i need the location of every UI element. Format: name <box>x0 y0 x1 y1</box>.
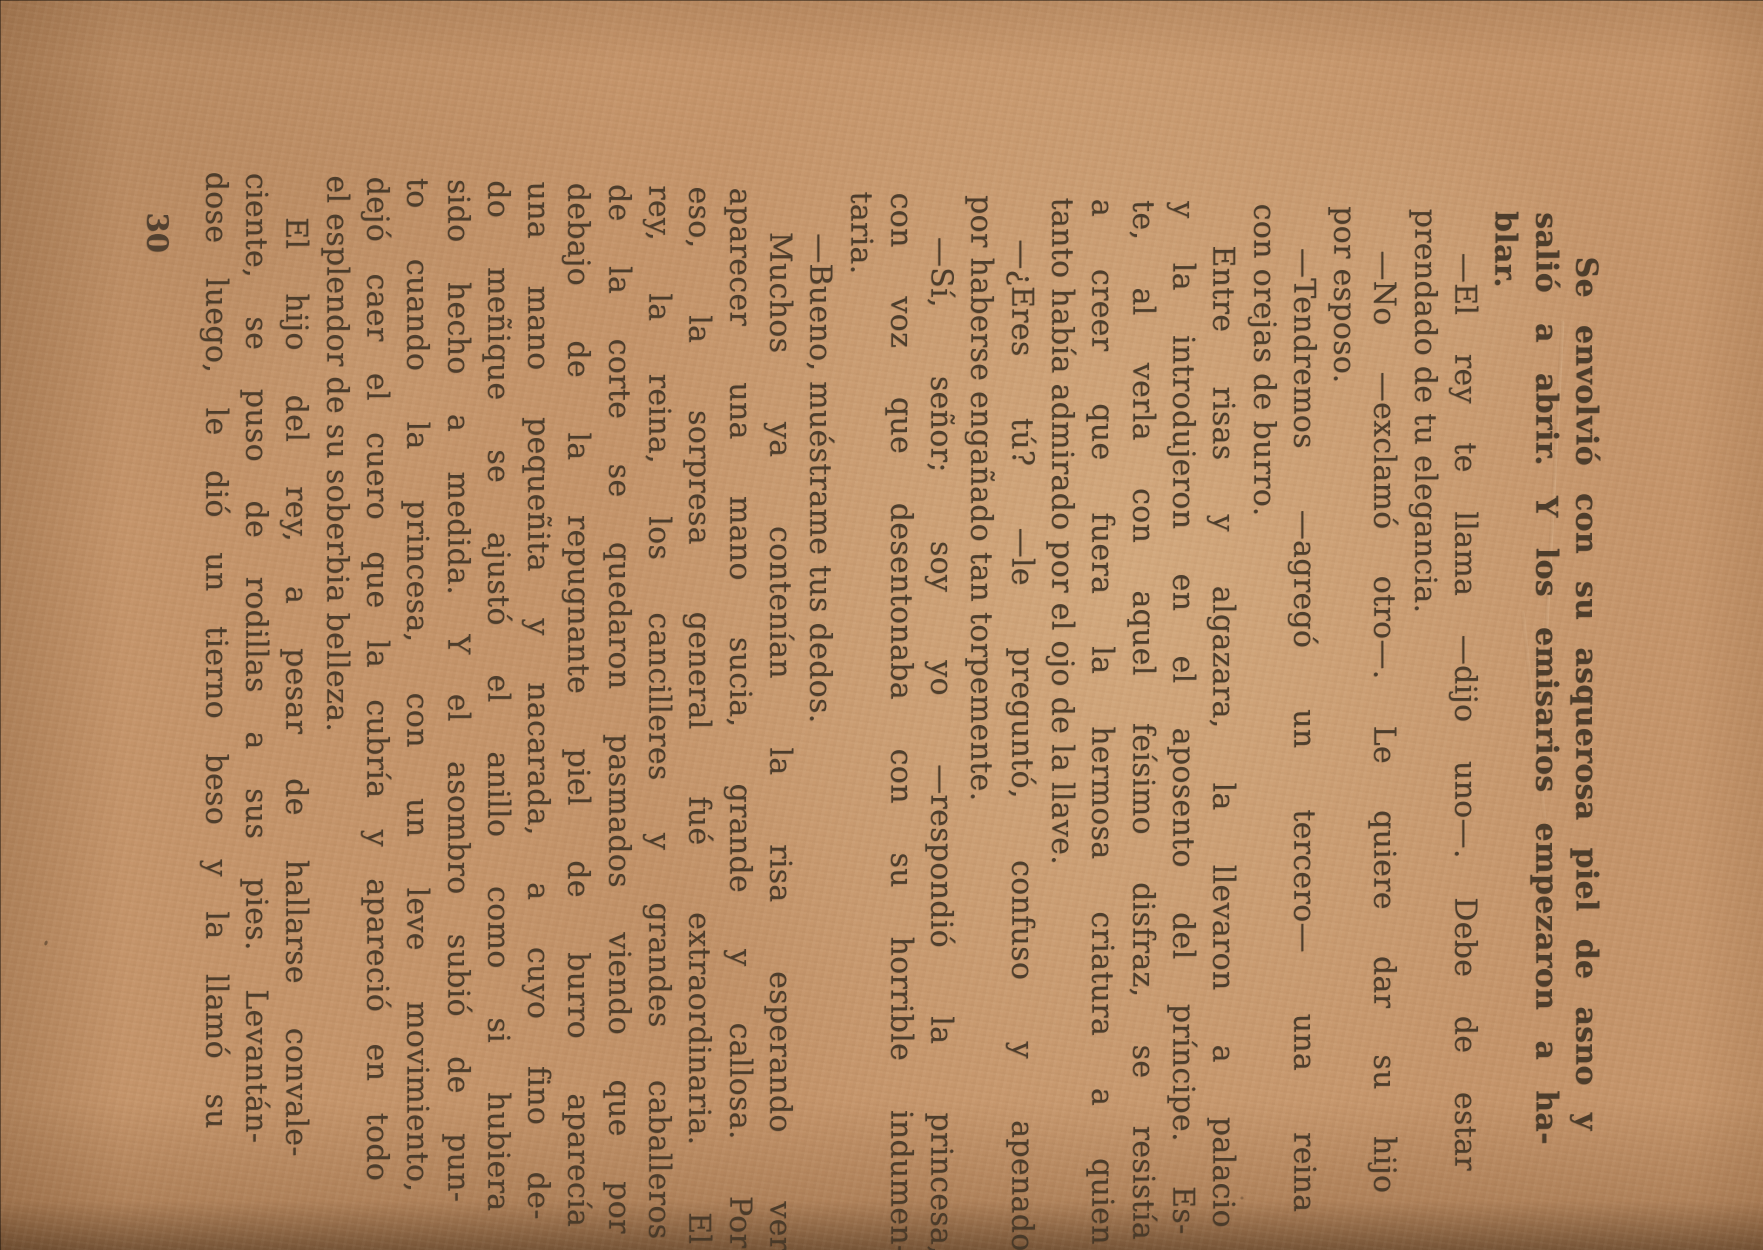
text-line: El hijo del rey, a pesar de hallarse con… <box>275 217 315 1157</box>
text-line: Se envolvió con su asquerosa piel de asn… <box>1565 256 1605 1130</box>
text-line: salió a abrir. Y los emisarios empezaron… <box>1525 212 1565 1145</box>
text-line: —Tendremos —agregó un tercero— una reina <box>1283 247 1323 1211</box>
text-line: blar. <box>1484 211 1524 1158</box>
scanned-page-photo: { "page": { "number": "30" }, "colors": … <box>0 0 1763 1250</box>
text-line: —No —exclamó otro—. Le quiere dar su hij… <box>1364 250 1404 1193</box>
text-line: ciente, se puso de rodillas a sus pies. … <box>235 172 275 1142</box>
text-line: con voz que desentonaba con su horrible … <box>880 192 920 1250</box>
text-line: una mano pequeñita y nacarada, a cuyo fi… <box>517 181 557 1219</box>
text-line: con orejas de burro. <box>1243 203 1283 1220</box>
text-line: por haberse engañado tan torpemente. <box>961 195 1001 1250</box>
text-line: el esplendor de su soberbia belleza. <box>316 175 356 1169</box>
text-line: te, al verla con aquel feísimo disfraz, … <box>1122 199 1162 1239</box>
text-line: dose luego, le dió un tierno beso y la l… <box>195 171 235 1128</box>
text-line: aparecer una mano sucia, grande y callos… <box>719 187 759 1248</box>
book-page: Se envolvió con su asquerosa piel de asn… <box>0 0 1763 1250</box>
text-line: a creer que fuera la hermosa criatura a … <box>1081 198 1121 1244</box>
text-line: dejó caer el cuero que la cubría y apare… <box>356 176 396 1181</box>
text-line: debajo de la repugnante piel de burro ap… <box>558 182 598 1226</box>
text-line: taria. <box>840 191 880 1250</box>
text-line: —Sí, señor; soy yo —respondió la princes… <box>920 236 960 1250</box>
text-line: —¿Eres tú? —le preguntó, confuso y apena… <box>1001 239 1041 1250</box>
text-line: por esposo. <box>1323 206 1363 1203</box>
text-line: Muchos ya contenían la risa esperando ve… <box>759 231 799 1250</box>
text-line: prendado de tu elegancia. <box>1404 208 1444 1182</box>
text-line: eso, la sorpresa general fué extraordina… <box>678 186 718 1244</box>
text-line: de la corte se quedaron pasmados viendo … <box>598 183 638 1233</box>
text-line: to cuando la princesa, con un leve movim… <box>396 177 436 1191</box>
text-line: do meñique se ajustó el anillo como si h… <box>477 180 517 1211</box>
text-line: —Bueno, muéstrame tus dedos. <box>799 233 839 1250</box>
text-line: tanto había admirado por el ojo de la ll… <box>1041 197 1081 1248</box>
page-number: 30 <box>137 212 177 252</box>
page-text-block: Se envolvió con su asquerosa piel de asn… <box>0 0 1763 1250</box>
text-line: sido hecho a medida. Y el asombro subió … <box>437 179 477 1202</box>
text-line: rey, la reina, los cancilleres y grandes… <box>638 185 678 1239</box>
text-line: y la introdujeron en el aposento del prí… <box>1162 201 1202 1234</box>
text-line: —El rey te llama —dijo uno—. Debe de est… <box>1444 252 1484 1170</box>
text-line: Entre risas y algazara, la llevaron a pa… <box>1202 245 1242 1228</box>
